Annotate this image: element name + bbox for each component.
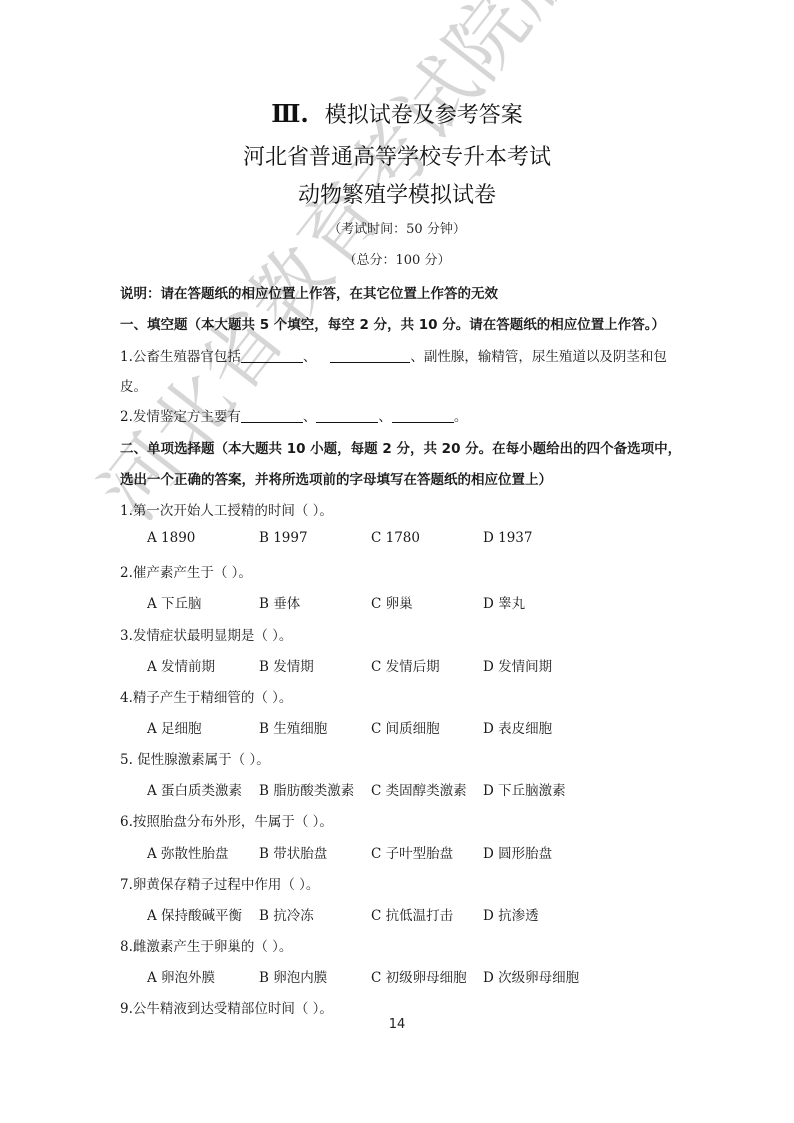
fill-question-1-cont: 皮。: [120, 375, 147, 395]
section-title-text: 模拟试卷及参考答案: [325, 103, 523, 128]
exam-time: （考试时间：50 分钟）: [0, 218, 794, 237]
section2-heading-line2: 选出一个正确的答案，并将所选项前的字母填写在答题纸的相应位置上）: [120, 468, 552, 488]
question-stem: 1.第一次开始人工授精的时间（ ）。: [120, 499, 333, 519]
q1-prefix: 1.公畜生殖器官包括: [120, 349, 241, 365]
option-c: C 间质细胞: [371, 717, 440, 737]
option-c: C 抗低温打击: [371, 904, 453, 924]
fill-question-2: 2.发情鉴定方主要有、、。: [120, 405, 467, 425]
option-a: A 弥散性胎盘: [147, 842, 229, 862]
q1-suffix: 、副性腺，输精管，尿生殖道以及阴茎和包: [410, 349, 667, 365]
question-stem: 9.公牛精液到达受精部位时间（ ）。: [120, 997, 333, 1017]
option-c: C 发情后期: [371, 655, 440, 675]
option-b: B 抗冷冻: [259, 904, 314, 924]
copyright-watermark: 河北省教育考试院版权所有: [70, 0, 626, 539]
question-stem: 8.雌激素产生于卵巢的（ ）。: [120, 935, 292, 955]
answer-blank: [392, 408, 454, 423]
exam-page: 河北省教育考试院版权所有 Ⅲ.模拟试卷及参考答案 河北省普通高等学校专升本考试 …: [0, 0, 794, 1123]
section-title: Ⅲ.模拟试卷及参考答案: [0, 98, 794, 129]
option-a: A 发情前期: [147, 655, 215, 675]
option-b: B 脂肪酸类激素: [259, 779, 354, 799]
option-d: D 次级卵母细胞: [483, 966, 579, 986]
option-c: C 1780: [371, 530, 420, 546]
option-d: D 发情间期: [483, 655, 552, 675]
option-b: B 1997: [259, 530, 308, 546]
option-d: D 下丘脑激素: [483, 779, 566, 799]
question-stem: 3.发情症状最明显期是（ ）。: [120, 624, 292, 644]
option-b: B 带状胎盘: [259, 842, 327, 862]
option-d: D 1937: [483, 530, 532, 546]
option-c: C 子叶型胎盘: [371, 842, 453, 862]
instructions: 说明：请在答题纸的相应位置上作答，在其它位置上作答的无效: [120, 282, 498, 302]
option-d: D 抗渗透: [483, 904, 539, 924]
q2-prefix: 2.发情鉴定方主要有: [120, 409, 241, 425]
question-stem: 4.精子产生于精细管的（ ）。: [120, 686, 292, 706]
answer-blank: [241, 348, 303, 363]
option-d: D 睾丸: [483, 592, 525, 612]
question-stem: 2.催产素产生于（ ）。: [120, 561, 252, 581]
question-stem: 5. 促性腺激素属于（ ）。: [120, 748, 270, 768]
option-d: D 表皮细胞: [483, 717, 552, 737]
option-a: A 下丘脑: [147, 592, 202, 612]
section2-heading-line1: 二、单项选择题（本大题共 10 小题，每题 2 分，共 20 分。在每小题给出的…: [120, 437, 681, 457]
option-a: A 1890: [147, 530, 195, 546]
answer-blank: [330, 348, 410, 363]
fill-question-1: 1.公畜生殖器官包括、、副性腺，输精管，尿生殖道以及阴茎和包: [120, 345, 667, 365]
section1-heading: 一、填空题（本大题共 5 个填空，每空 2 分，共 10 分。请在答题纸的相应位…: [120, 313, 665, 333]
option-a: A 保持酸碱平衡: [147, 904, 242, 924]
paper-title: 动物繁殖学模拟试卷: [0, 178, 794, 209]
option-d: D 圆形胎盘: [483, 842, 552, 862]
option-a: A 卵泡外膜: [147, 966, 215, 986]
option-b: B 垂体: [259, 592, 300, 612]
total-score: （总分：100 分）: [0, 249, 794, 268]
option-b: B 卵泡内膜: [259, 966, 327, 986]
answer-blank: [241, 408, 303, 423]
page-number: 14: [0, 1017, 794, 1032]
option-a: A 足细胞: [147, 717, 202, 737]
section-numeral: Ⅲ.: [271, 99, 309, 128]
exam-title: 河北省普通高等学校专升本考试: [0, 140, 794, 171]
option-b: B 发情期: [259, 655, 314, 675]
option-c: C 类固醇类激素: [371, 779, 467, 799]
question-stem: 6.按照胎盘分布外形，牛属于（ ）。: [120, 810, 333, 830]
question-stem: 7.卵黄保存精子过程中作用（ ）。: [120, 873, 319, 893]
option-b: B 生殖细胞: [259, 717, 327, 737]
option-a: A 蛋白质类激素: [147, 779, 242, 799]
option-c: C 初级卵母细胞: [371, 966, 467, 986]
option-c: C 卵巢: [371, 592, 413, 612]
answer-blank: [316, 408, 378, 423]
